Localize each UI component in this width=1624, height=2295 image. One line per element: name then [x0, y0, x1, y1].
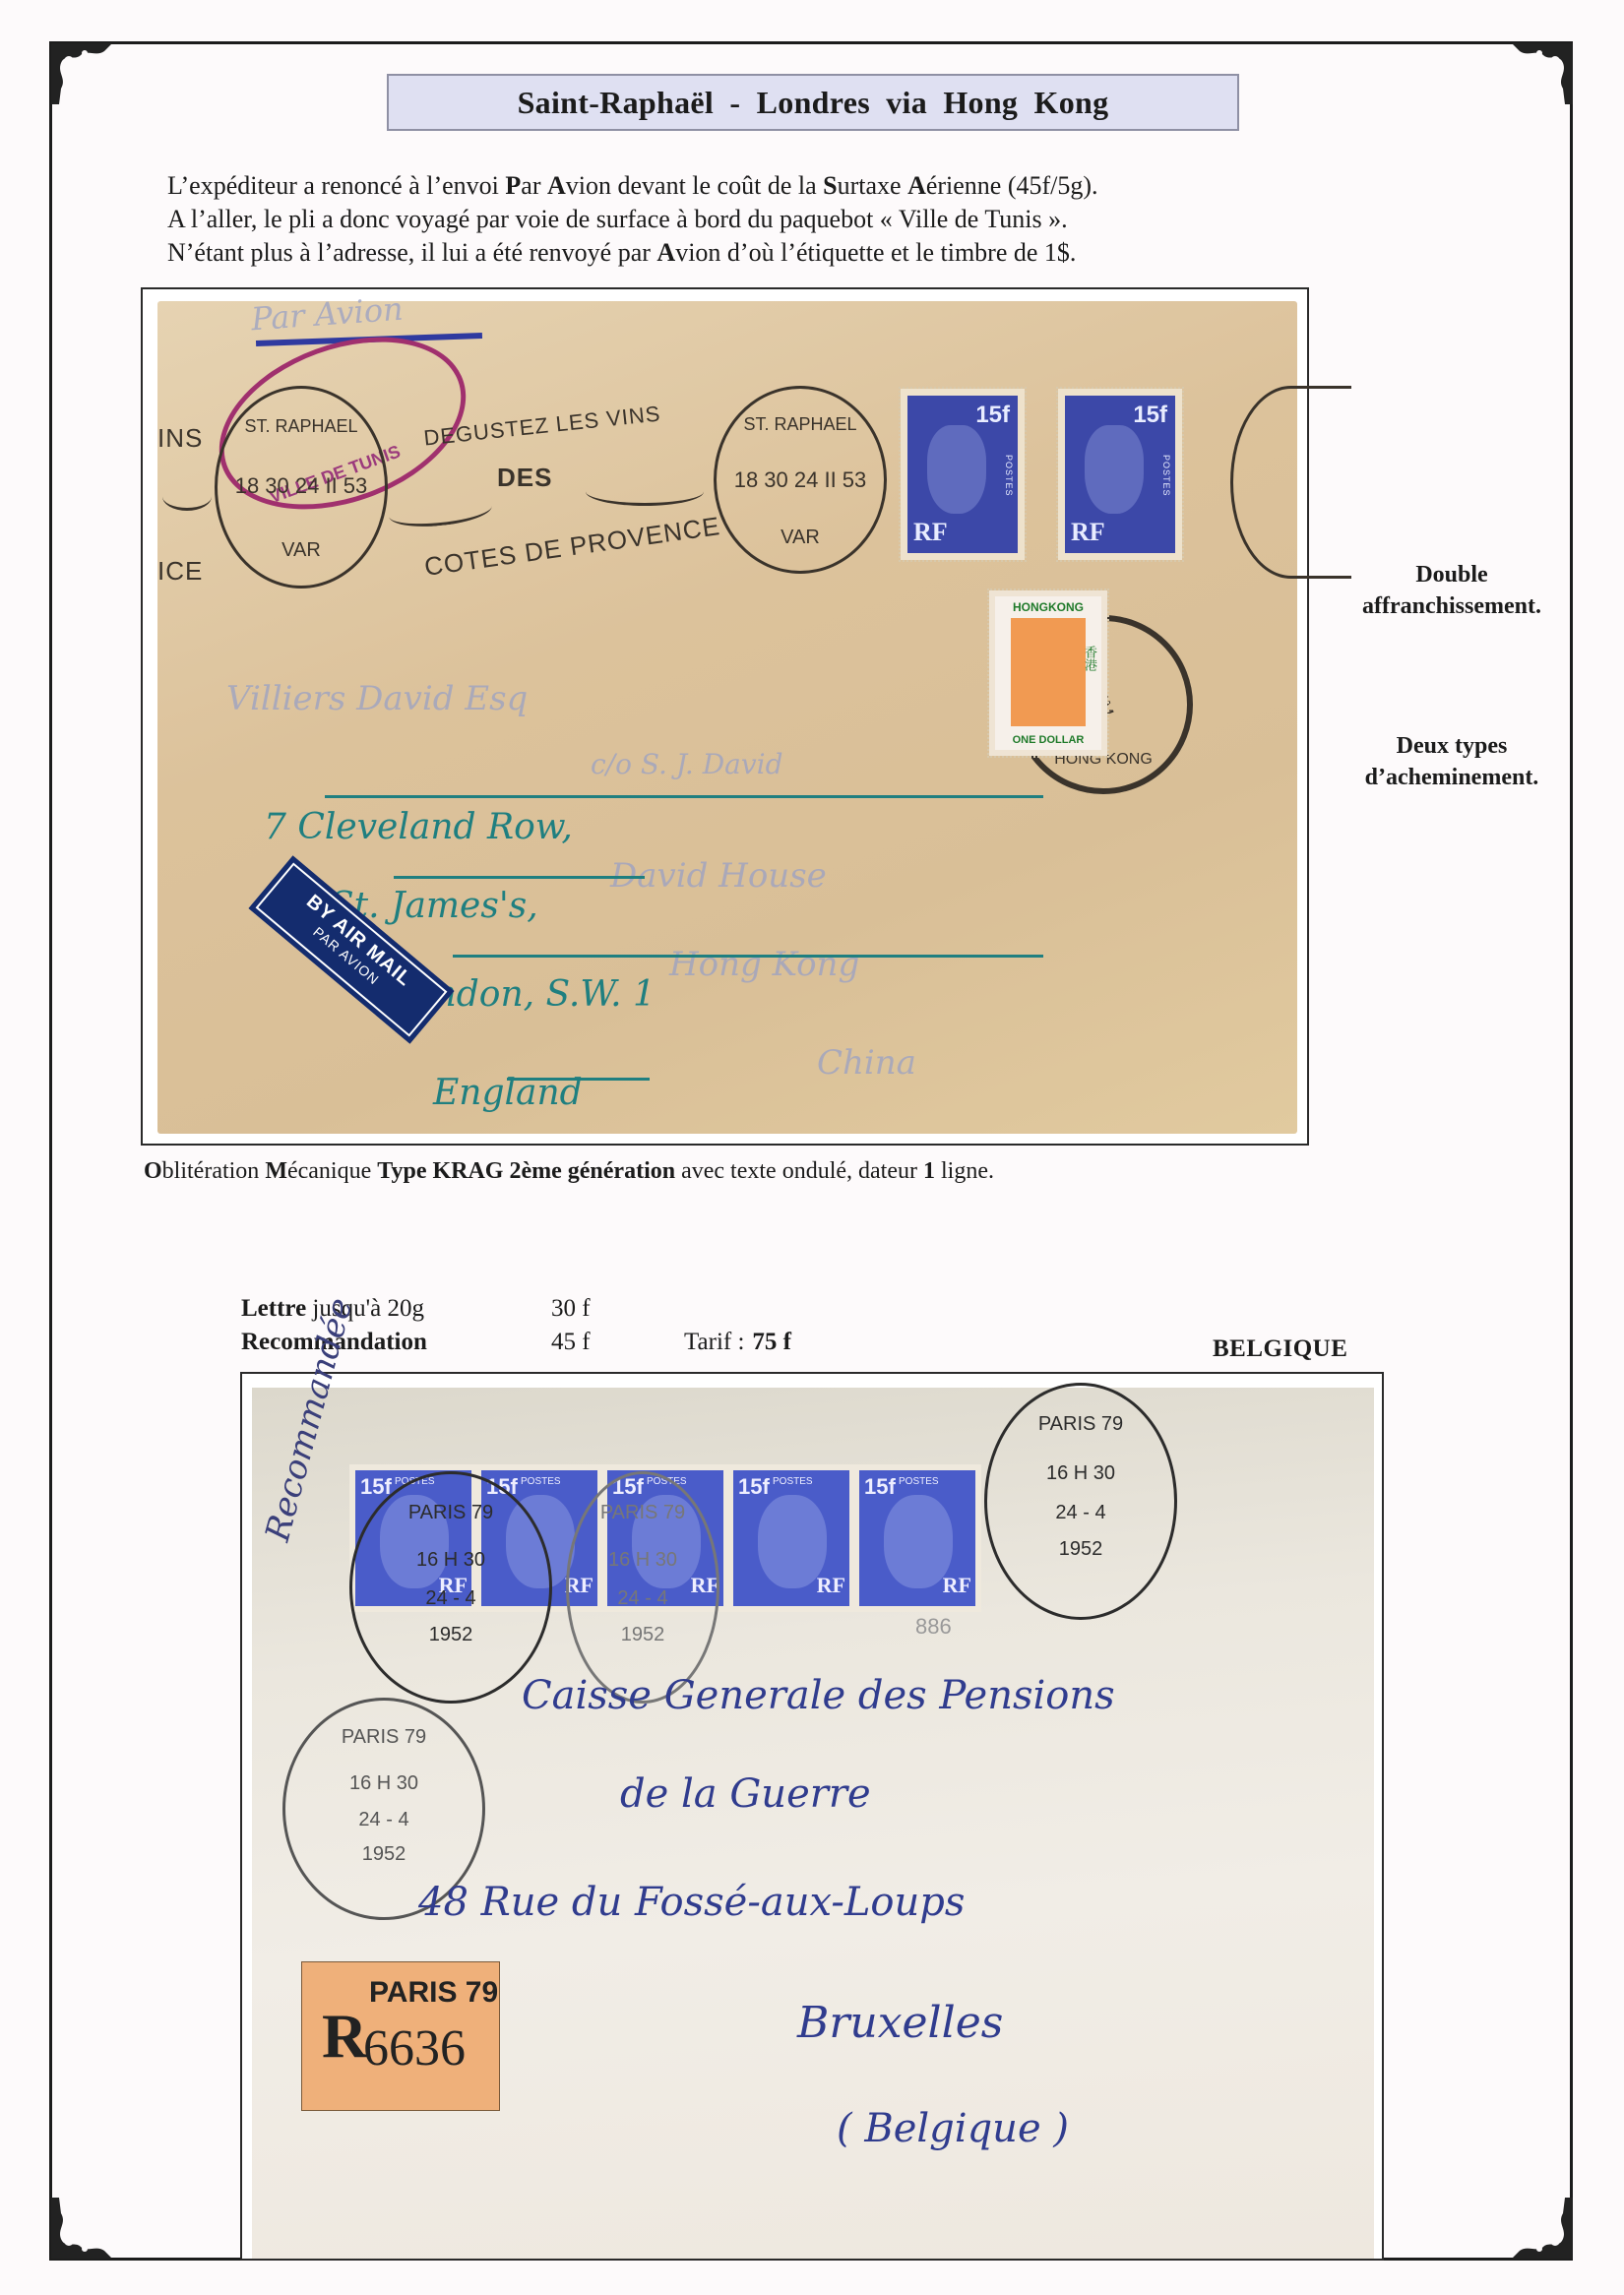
- slogan-part: ICE: [157, 556, 203, 587]
- note-two-routes: Deux typesd’acheminement.: [1324, 730, 1580, 793]
- tariff-total-value: 75 f: [752, 1326, 791, 1359]
- destination-label: BELGIQUE: [1213, 1335, 1347, 1363]
- strike-line: [394, 876, 645, 879]
- address-line: 7 Cleveland Row,: [264, 807, 573, 847]
- strike-line: [453, 955, 1043, 958]
- stamp-hong-kong-one-dollar: HONGKONG 香港 ONE DOLLAR: [989, 590, 1107, 756]
- slogan-part: INS: [157, 423, 203, 454]
- address-line: ( Belgique ): [837, 2106, 1069, 2151]
- stamp-marianne-15f: 15f POSTESRF: [1058, 389, 1182, 560]
- strike-line: [325, 795, 1043, 798]
- address-line: 48 Rue du Fossé-aux-Loups: [418, 1880, 965, 1925]
- postmark-st-raphael-3: [1230, 386, 1351, 579]
- page-title: Saint-Raphaël - Londres via Hong Kong: [387, 74, 1239, 131]
- corner-ornament-icon: [47, 2194, 116, 2263]
- registration-label: R PARIS 79 6636: [301, 1961, 500, 2111]
- old-address-line: c/o S. J. David: [591, 748, 783, 780]
- postmark-paris-79: PARIS 7916 H 30 24 - 41952: [566, 1471, 719, 1704]
- old-address-line: Villiers David Esq: [226, 679, 528, 718]
- postmark-paris-79: PARIS 7916 H 30 24 - 41952: [984, 1383, 1177, 1620]
- stamp-marianne-15f: 15f POSTESRF: [901, 389, 1025, 560]
- address-line: Caisse Generale des Pensions: [522, 1673, 1115, 1718]
- postmark-paris-79: PARIS 7916 H 30 24 - 41952: [349, 1471, 552, 1704]
- intro-text: L’expéditeur a renoncé à l’envoi Par Avi…: [167, 169, 1348, 270]
- corner-ornament-icon: [1508, 2194, 1577, 2263]
- pencil-note: 886: [915, 1614, 952, 1640]
- tariff-total-label: Tarif :: [684, 1326, 744, 1359]
- address-line: Bruxelles: [797, 1998, 1003, 2048]
- corner-ornament-icon: [1508, 39, 1577, 108]
- note-double-franking: Doubleaffranchissement.: [1324, 559, 1580, 622]
- address-line: de la Guerre: [620, 1771, 871, 1817]
- intro-line: N’étant plus à l’adresse, il lui a été r…: [167, 236, 1348, 270]
- stamp-marianne-15f: 15fPOSTESRF: [853, 1464, 981, 1612]
- stamp-marianne-15f: 15fPOSTESRF: [727, 1464, 855, 1612]
- old-address-line: Hong Kong: [669, 945, 859, 984]
- intro-line: L’expéditeur a renoncé à l’envoi Par Avi…: [167, 169, 1348, 203]
- wave-line: [162, 482, 212, 511]
- intro-line: A l’aller, le pli a donc voyagé par voie…: [167, 203, 1348, 236]
- cover1-caption: Oblitération Mécanique Type KRAG 2ème gé…: [144, 1158, 994, 1185]
- wave-line: [586, 477, 704, 506]
- postmark-st-raphael-2: ST. RAPHAEL 18 30 24 II 53 VAR: [714, 386, 887, 574]
- corner-ornament-icon: [47, 39, 116, 108]
- old-address-line: China: [817, 1043, 916, 1083]
- slogan-part: DES: [497, 463, 552, 493]
- postmark-st-raphael: ST. RAPHAEL 18 30 24 II 53 VAR: [215, 386, 388, 589]
- address-line: England: [433, 1073, 583, 1113]
